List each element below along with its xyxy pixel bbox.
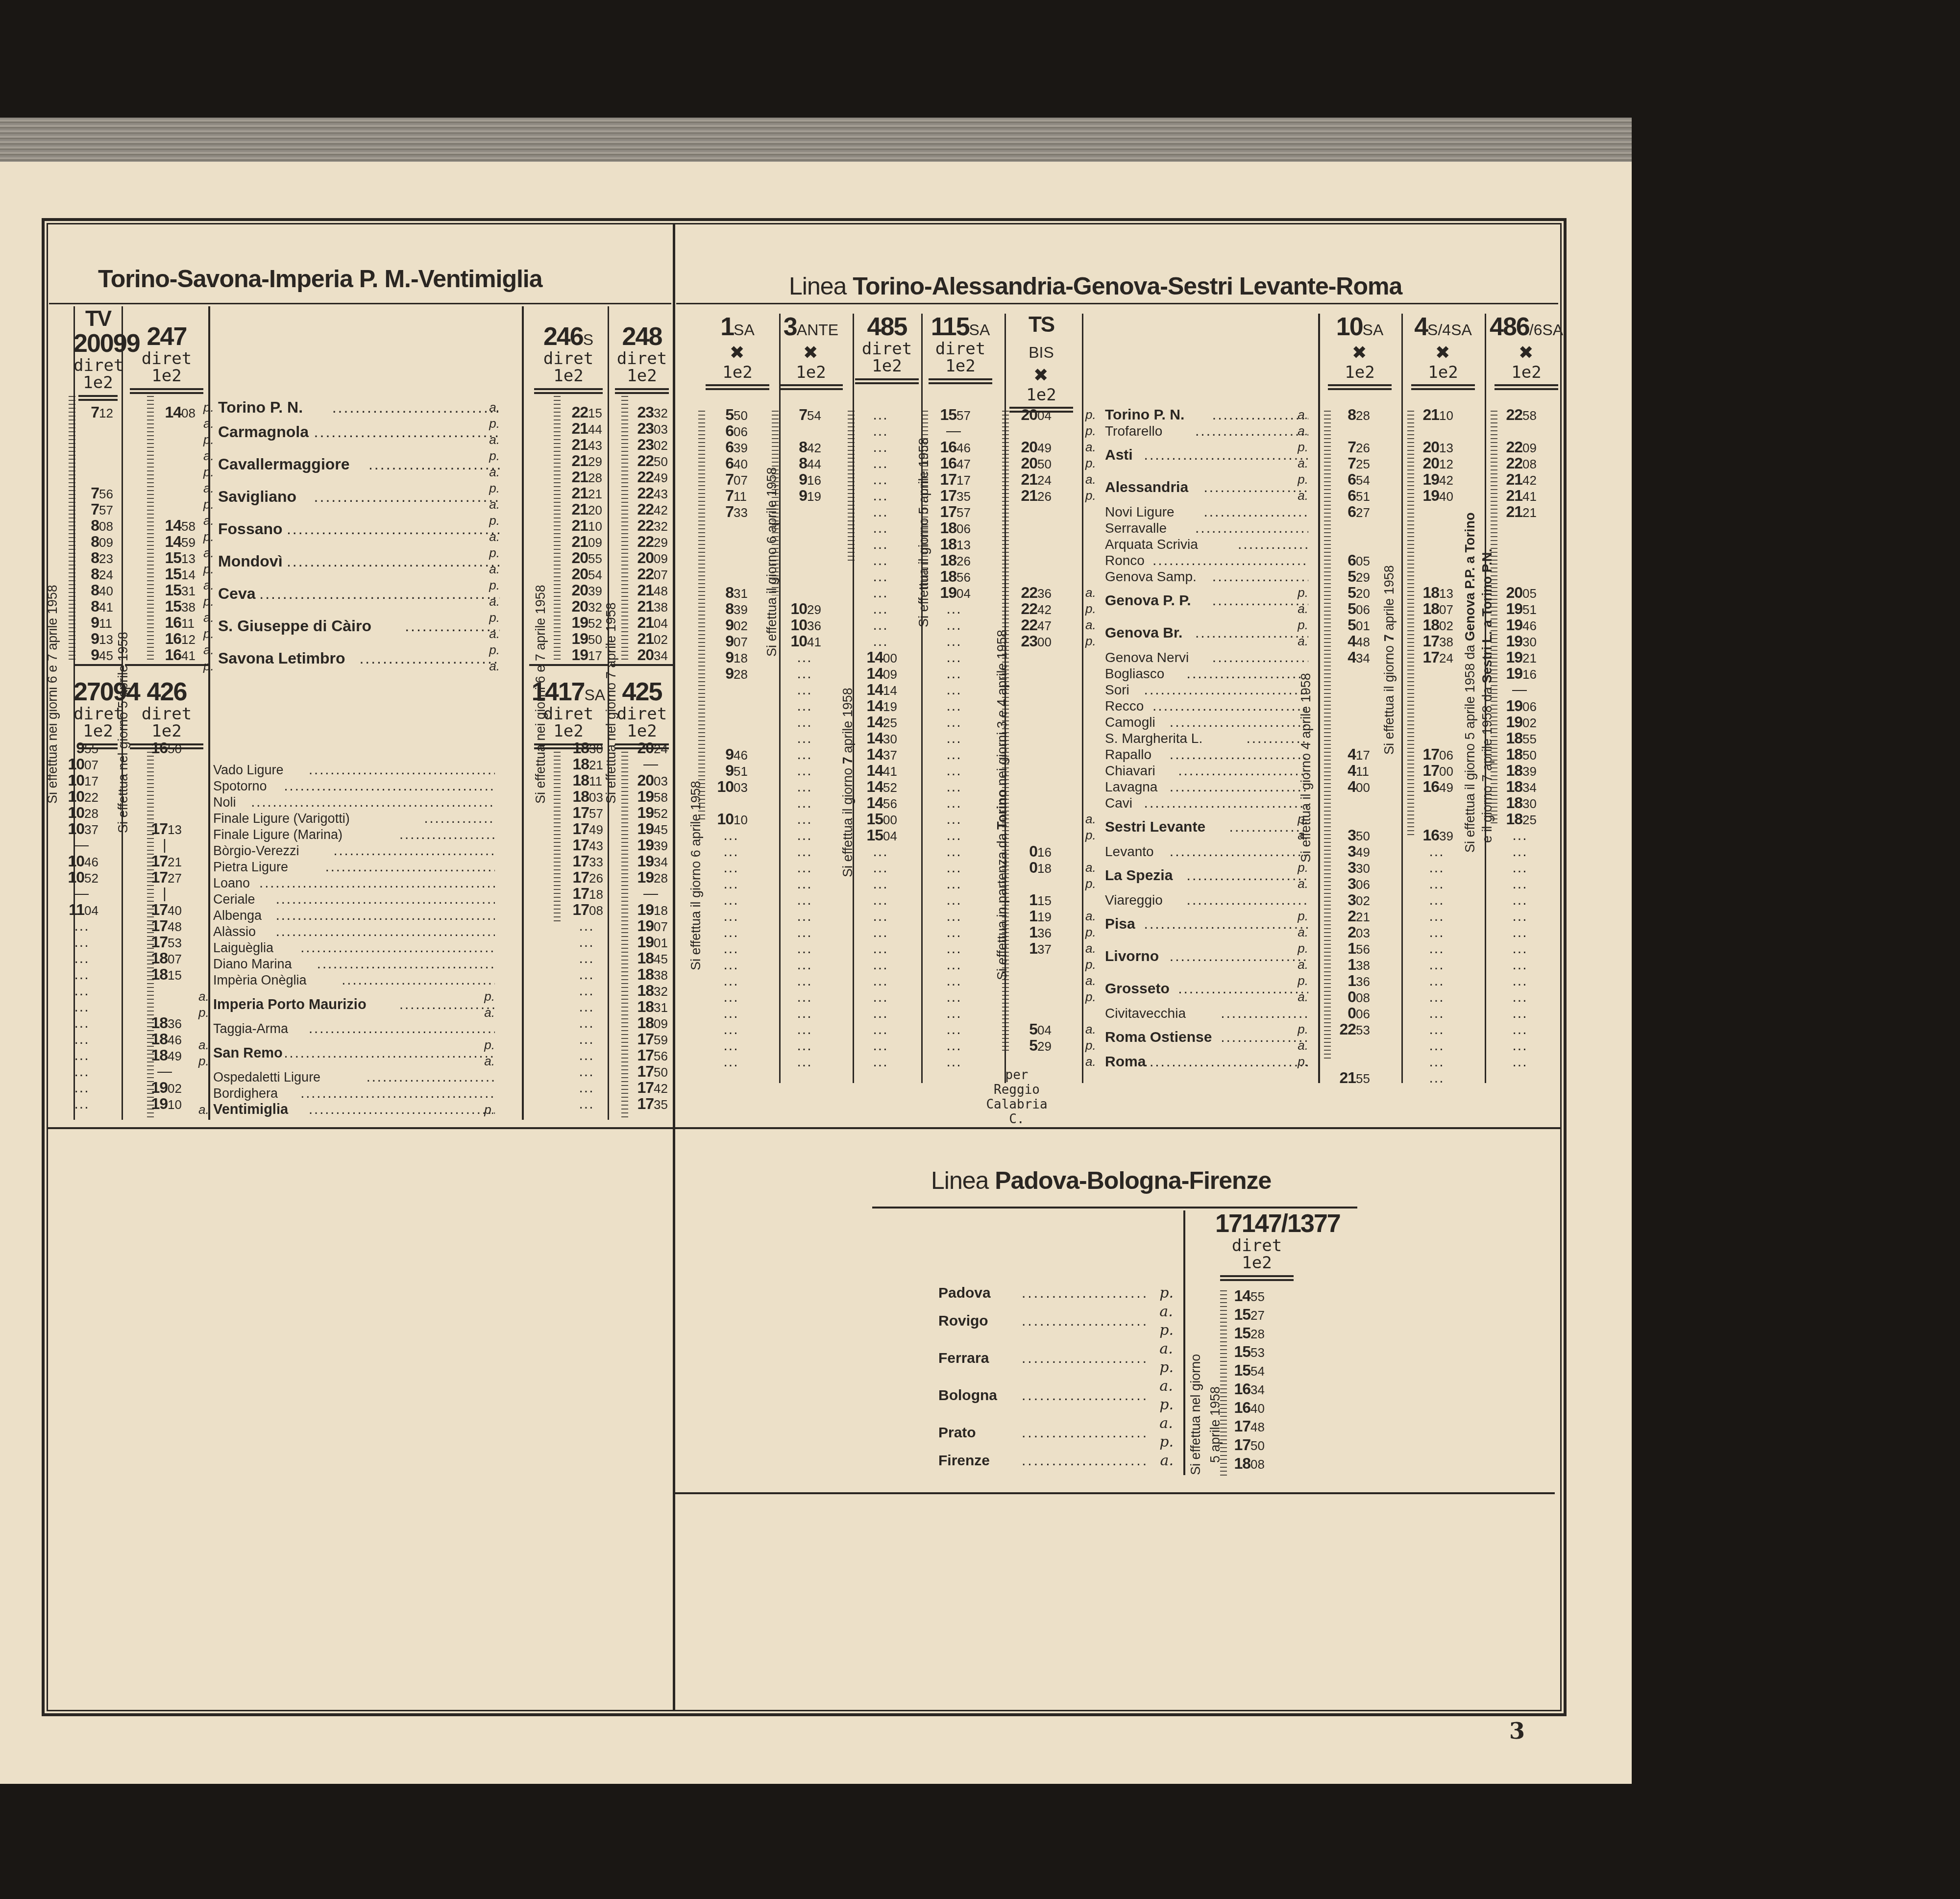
no-stop: ... [931, 973, 977, 989]
train-class: 1e2 [774, 364, 848, 382]
bottom-section-title: Linea Padova-Bologna-Firenze [931, 1166, 1271, 1195]
arrival-departure-mark: a. p. [1085, 860, 1096, 892]
time-cell [1330, 536, 1376, 552]
train-number: 248 [610, 323, 674, 350]
minute: 13 [1439, 440, 1460, 456]
leader-dots: ........................................… [325, 859, 495, 875]
no-stop: ... [563, 1096, 610, 1112]
time-cell: 529 [1012, 1037, 1058, 1054]
time-cell [1330, 423, 1376, 439]
hour: 14 [857, 730, 883, 746]
no-stop: ... [1414, 1054, 1460, 1070]
arrival-departure-mark: p. a. [1298, 908, 1308, 940]
time-cell: ... [1497, 957, 1543, 973]
station-name: Prato [938, 1425, 976, 1441]
minute: 12 [99, 405, 120, 421]
leader-dots: ........................................… [1178, 763, 1308, 779]
time-cell: 1500 [857, 811, 904, 827]
leader-dots: ........................................… [251, 794, 495, 811]
hour: 8 [73, 550, 99, 566]
train-column-header: 1417SAdiret1e2 [529, 679, 608, 749]
train-column-header: TSBIS✖1e2 [1004, 314, 1078, 413]
station-row: a. p.Asti ..............................… [1105, 439, 1308, 471]
no-stop: ... [857, 520, 904, 536]
station-row: p.Torino P. N. .........................… [1105, 407, 1308, 423]
hour: 14 [857, 666, 883, 682]
time-cell: 2110 [563, 518, 609, 534]
time-cell: 330 [1330, 860, 1376, 876]
hour: 19 [1497, 698, 1522, 714]
rapido-train-icon: ✖ [1004, 363, 1078, 387]
no-stop: ... [1497, 1037, 1543, 1054]
time-cell [156, 453, 202, 469]
leader-dots: ........................................… [309, 1021, 495, 1037]
hour: 20 [563, 566, 588, 582]
time-cell [782, 520, 828, 536]
time-cell: 2249 [628, 469, 674, 485]
time-cell: 1419 [857, 698, 904, 714]
time-cell: ... [563, 999, 610, 1015]
station-row: Bologna ................................… [938, 1377, 1174, 1414]
hour: 17 [628, 1080, 654, 1096]
double-rule [706, 384, 769, 390]
double-rule [534, 388, 603, 394]
time-cell: 2303 [628, 420, 674, 437]
time-cell [1012, 989, 1058, 1005]
minute: 46 [956, 440, 977, 456]
time-cell: 2055 [563, 550, 609, 566]
minute: 09 [654, 551, 674, 567]
time-cell: 946 [708, 746, 754, 763]
no-stop: ... [1497, 989, 1543, 1005]
time-cell: 1958 [628, 789, 674, 805]
time-cell: — [931, 423, 977, 439]
hour: 17 [1414, 633, 1439, 649]
time-cell: ... [782, 746, 828, 763]
train-number: 27094 [73, 679, 122, 706]
time-cell: 711 [708, 488, 754, 504]
hour: 19 [563, 615, 588, 631]
no-stop: ... [857, 423, 904, 439]
arrival-departure-mark: a. p. [203, 610, 214, 642]
train-times-column: 2332230323022250224922432242223222292009… [628, 404, 674, 663]
hour: 17 [931, 471, 956, 488]
time-cell: 136 [1330, 973, 1376, 989]
leader-dots: ........................................… [399, 988, 495, 1021]
station-name: Sori [1105, 682, 1129, 697]
time-cell: ... [1414, 957, 1460, 973]
arrival-departure-mark: a. p. [1085, 811, 1096, 843]
wavy-validity-line [1324, 409, 1331, 1061]
time-cell [1330, 666, 1376, 682]
no-stop: ... [708, 973, 754, 989]
time-cell [1012, 423, 1058, 439]
leader-dots: ........................................… [1144, 908, 1308, 940]
train-column-header: 17147/1377diret1e2 [1215, 1210, 1298, 1281]
hour: 10 [59, 756, 84, 772]
station-row: a. p.Savona Letimbro ...................… [218, 642, 500, 674]
no-stop: ... [931, 908, 977, 924]
time-cell: 1808 [1225, 1454, 1271, 1473]
time-cell: 1456 [857, 795, 904, 811]
time-cell: 916 [782, 471, 828, 488]
arrival-departure-mark: a. p. [203, 577, 214, 610]
station-name: Savona Letimbro [218, 649, 345, 667]
station-row: Sori ...................................… [1105, 682, 1308, 698]
time-cell [782, 552, 828, 568]
time-cell [1012, 730, 1058, 746]
hour: 17 [628, 1047, 654, 1063]
passes-without-stop: — [59, 886, 105, 902]
minute: 46 [734, 747, 754, 764]
time-cell: 841 [73, 598, 120, 615]
time-cell: 1458 [156, 518, 202, 534]
train-number: 247 [125, 323, 208, 350]
minute: 09 [588, 535, 609, 551]
time-cell: ... [857, 940, 904, 957]
hour: 18 [1225, 1454, 1250, 1473]
time-cell: ... [782, 957, 828, 973]
service-date-note: Si effettua il giorno 6 aprile 1958 [688, 781, 704, 970]
column-rule [779, 314, 781, 1083]
minute: 57 [956, 408, 977, 424]
time-cell: ... [708, 940, 754, 957]
time-cell [1414, 682, 1460, 698]
time-cell: 2209 [1497, 439, 1543, 455]
no-stop: ... [857, 1005, 904, 1021]
hour: 18 [628, 966, 654, 983]
time-cell: 2039 [563, 582, 609, 598]
minute: 28 [588, 470, 609, 486]
time-cell [1330, 1037, 1376, 1054]
station-row: Diano Marina ...........................… [213, 956, 495, 972]
time-cell: 1946 [1497, 617, 1543, 633]
minute: 56 [1356, 941, 1376, 958]
minute: 43 [588, 438, 609, 454]
no-stop: ... [857, 617, 904, 633]
minute: 39 [1522, 764, 1543, 780]
time-cell: ... [708, 876, 754, 892]
minute: 32 [654, 984, 674, 1000]
minute: 36 [1037, 586, 1058, 602]
time-cell: 1750 [1225, 1435, 1271, 1454]
hour: 1 [1330, 973, 1356, 989]
no-stop: ... [1414, 892, 1460, 908]
minute: 41 [807, 634, 828, 650]
minute: 31 [181, 583, 202, 599]
train-column-header: 115SAdiret1e2 [924, 314, 997, 384]
arrival-departure-mark: a. p. [198, 1037, 209, 1069]
minute: 10 [588, 518, 609, 535]
time-cell [1414, 552, 1460, 568]
title-main: Torino-Alessandria-Genova-Sestri Levante… [853, 272, 1402, 300]
minute: 54 [1356, 472, 1376, 489]
station-row: Padova .................................… [938, 1284, 1174, 1303]
station-row: Ferrara ................................… [938, 1340, 1174, 1377]
station-row: a. p.Sestri Levante ....................… [1105, 811, 1308, 843]
minute: 00 [1356, 780, 1376, 796]
no-stop: ... [1414, 843, 1460, 860]
time-cell: ... [931, 1021, 977, 1037]
hour: 8 [708, 601, 734, 617]
time-cell: ... [782, 973, 828, 989]
time-cell: ... [1497, 860, 1543, 876]
time-cell: 1743 [563, 837, 610, 853]
wavy-validity-line [69, 395, 75, 662]
no-stop: ... [857, 876, 904, 892]
arrival-departure-mark: a. [1085, 1054, 1096, 1070]
train-times-column: 8287267256546516276055295205065014484344… [1330, 407, 1376, 1086]
passes-without-stop: — [59, 837, 105, 853]
time-cell: 306 [1330, 876, 1376, 892]
hour: 9 [708, 666, 734, 682]
time-cell: 627 [1330, 504, 1376, 520]
time-cell: ... [782, 730, 828, 746]
hour: 8 [73, 582, 99, 598]
station-row: Arquata Scrivia ........................… [1105, 536, 1308, 552]
minute: 11 [99, 616, 120, 632]
arrival-departure-mark: a. p. [203, 545, 214, 577]
hour: 21 [1497, 488, 1522, 504]
time-cell [1012, 795, 1058, 811]
station-name: Pietra Ligure [213, 860, 288, 874]
train-times-column: 2004204920502124212622362242224723000160… [1012, 407, 1058, 1070]
time-cell [1414, 423, 1460, 439]
minute: 54 [588, 567, 609, 583]
hour: 20 [628, 772, 654, 789]
time-cell: 1821 [563, 756, 610, 772]
time-cell: 928 [708, 666, 754, 682]
time-cell: ... [708, 860, 754, 876]
minute: 41 [1522, 489, 1543, 505]
minute: 49 [654, 470, 674, 486]
hour: 5 [1330, 568, 1356, 585]
time-cell: ... [563, 966, 610, 983]
time-cell: ... [857, 455, 904, 471]
time-cell: 1904 [931, 585, 977, 601]
no-stop: ... [857, 536, 904, 552]
leader-dots: ........................................… [1187, 860, 1308, 892]
hour: 22 [628, 534, 654, 550]
minute: 53 [1356, 1022, 1376, 1038]
minute: 38 [654, 599, 674, 616]
hour: 20 [563, 598, 588, 615]
train-column-header: 485diret1e2 [850, 314, 924, 384]
hour: 20 [1497, 585, 1522, 601]
train-class: 1e2 [610, 723, 674, 740]
train-number: 3ANTE [774, 314, 848, 341]
time-cell: 824 [73, 566, 120, 582]
time-cell: ... [857, 908, 904, 924]
hour: 17 [628, 1096, 654, 1112]
time-cell: 1029 [782, 601, 828, 617]
time-cell: ... [708, 843, 754, 860]
minute: 19 [1037, 909, 1058, 925]
train-number: 1417SA [529, 679, 608, 706]
minute: 15 [588, 405, 609, 421]
time-cell: 1813 [1414, 585, 1460, 601]
time-cell [782, 536, 828, 552]
no-stop: ... [857, 504, 904, 520]
hour: 20 [1414, 439, 1439, 455]
service-date-note: Si effettua il giorno 5 aprile 1958 da G… [1463, 513, 1478, 853]
time-cell: ... [857, 423, 904, 439]
hour: 18 [931, 536, 956, 552]
station-name: Novi Ligure [1105, 504, 1175, 519]
minute: 04 [956, 586, 977, 602]
no-stop: ... [708, 876, 754, 892]
time-cell: 1649 [1414, 779, 1460, 795]
minute: 36 [1356, 974, 1376, 990]
time-cell: 1455 [1225, 1286, 1271, 1305]
time-cell: ... [857, 989, 904, 1005]
time-cell: 434 [1330, 649, 1376, 666]
time-cell: ... [857, 504, 904, 520]
time-cell: ... [782, 1037, 828, 1054]
hour: 18 [1414, 585, 1439, 601]
hour: 17 [563, 837, 589, 853]
time-cell: 1733 [563, 853, 610, 869]
minute: 07 [654, 567, 674, 583]
train-number: 486/6SA [1490, 314, 1563, 341]
minute: 39 [734, 440, 754, 456]
no-stop: ... [857, 940, 904, 957]
time-cell: ... [931, 811, 977, 827]
time-cell: 1409 [857, 666, 904, 682]
note-emphasis: Sestri L. a Torino P.N. [1480, 548, 1494, 683]
hour: 10 [708, 779, 734, 795]
time-cell: ... [931, 843, 977, 860]
hour: 0 [1330, 1005, 1356, 1021]
time-cell: ... [931, 860, 977, 876]
station-name: Recco [1105, 698, 1144, 714]
time-cell [1414, 811, 1460, 827]
time-cell: ... [782, 649, 828, 666]
time-cell: 1646 [931, 439, 977, 455]
leader-dots: ........................................… [1212, 568, 1308, 585]
hour: 21 [1330, 1070, 1356, 1086]
time-cell [1012, 957, 1058, 973]
note-emphasis: Torino [995, 789, 1009, 830]
no-stop: ... [931, 1021, 977, 1037]
time-cell: 1748 [1225, 1417, 1271, 1435]
no-stop: ... [931, 779, 977, 795]
hour: 19 [1497, 714, 1522, 730]
minute: 27 [1250, 1306, 1271, 1325]
train-number: 425 [610, 679, 674, 706]
leader-dots: ........................................… [368, 448, 500, 480]
hour: 14 [857, 714, 883, 730]
leader-dots: ........................................… [1221, 1021, 1308, 1054]
time-cell: 1037 [59, 821, 105, 837]
time-cell: 1538 [156, 598, 202, 615]
arrival-departure-mark: a. p. [203, 642, 214, 674]
no-stop: ... [857, 601, 904, 617]
minute: 01 [1356, 618, 1376, 634]
hour: 21 [563, 501, 588, 518]
title-prefix: Linea [789, 272, 846, 300]
time-cell: 1041 [782, 633, 828, 649]
service-date-note: Si effettua in partenza da Torino nei gi… [995, 630, 1010, 980]
minute: 17 [84, 773, 105, 789]
time-cell: ... [931, 1054, 977, 1070]
no-stop: ... [931, 827, 977, 843]
note-emphasis: 7 [840, 757, 855, 764]
time-cell: 2300 [1012, 633, 1058, 649]
train-column-header: 486/6SA✖1e2 [1490, 314, 1563, 390]
service-date-note: Si effettua il giorno 7 aprile 1958 [1382, 565, 1397, 755]
no-stop: ... [782, 1037, 828, 1054]
hour: 17 [142, 821, 168, 837]
hour: 14 [156, 404, 181, 420]
no-stop: ... [931, 633, 977, 649]
hour: 16 [1225, 1398, 1250, 1417]
no-stop: ... [782, 1005, 828, 1021]
service-date-note: 5 aprile 1958 [1208, 1386, 1223, 1463]
hour: 17 [142, 853, 168, 869]
hour: 7 [708, 488, 734, 504]
time-cell: ... [931, 649, 977, 666]
hour: 19 [563, 647, 588, 663]
no-stop: ... [1497, 973, 1543, 989]
hour: 21 [563, 469, 588, 485]
minute: 21 [168, 854, 188, 870]
time-cell [1497, 568, 1543, 585]
train-number: BIS [1004, 336, 1078, 363]
leader-dots: ........................................… [1170, 714, 1308, 730]
station-name: Bòrgio-Verezzi [213, 843, 299, 858]
time-cell: ... [857, 617, 904, 633]
arrival-departure-mark: a. p. [1085, 471, 1096, 504]
leader-dots: ........................................… [1144, 795, 1308, 811]
train-number: 1SA [701, 314, 774, 341]
minute: 24 [654, 741, 674, 757]
hour: 21 [563, 534, 588, 550]
hour: 16 [156, 615, 181, 631]
minute: 28 [1250, 1325, 1271, 1343]
time-cell: 2215 [563, 404, 609, 420]
hour: 19 [628, 821, 654, 837]
minute: 42 [807, 440, 828, 456]
time-cell: ... [708, 924, 754, 940]
station-name: Bordighera [213, 1086, 278, 1101]
time-cell: 955 [59, 740, 105, 756]
hour: 19 [1497, 617, 1522, 633]
hour: 2 [1330, 924, 1356, 940]
time-cell: ... [1497, 876, 1543, 892]
time-cell [156, 501, 202, 518]
time-cell: ... [782, 940, 828, 957]
hour: 3 [1330, 892, 1356, 908]
hour: 7 [1330, 439, 1356, 455]
hour: 19 [1414, 471, 1439, 488]
time-cell: 008 [1330, 989, 1376, 1005]
leader-dots: ........................................… [367, 1069, 495, 1085]
hour: 18 [1497, 811, 1522, 827]
hour: 10 [59, 821, 84, 837]
station-name: Levanto [1105, 844, 1154, 859]
time-cell [1497, 423, 1543, 439]
hour: 17 [931, 504, 956, 520]
time-cell: 1838 [628, 966, 674, 983]
time-cell: ... [708, 957, 754, 973]
station-row: Cavi ...................................… [1105, 795, 1308, 811]
station-name: Fossano [218, 520, 283, 538]
time-cell [782, 585, 828, 601]
time-cell: ... [931, 763, 977, 779]
train-column-header: 246Sdiret1e2 [529, 323, 608, 394]
train-class: 1e2 [1490, 364, 1563, 382]
